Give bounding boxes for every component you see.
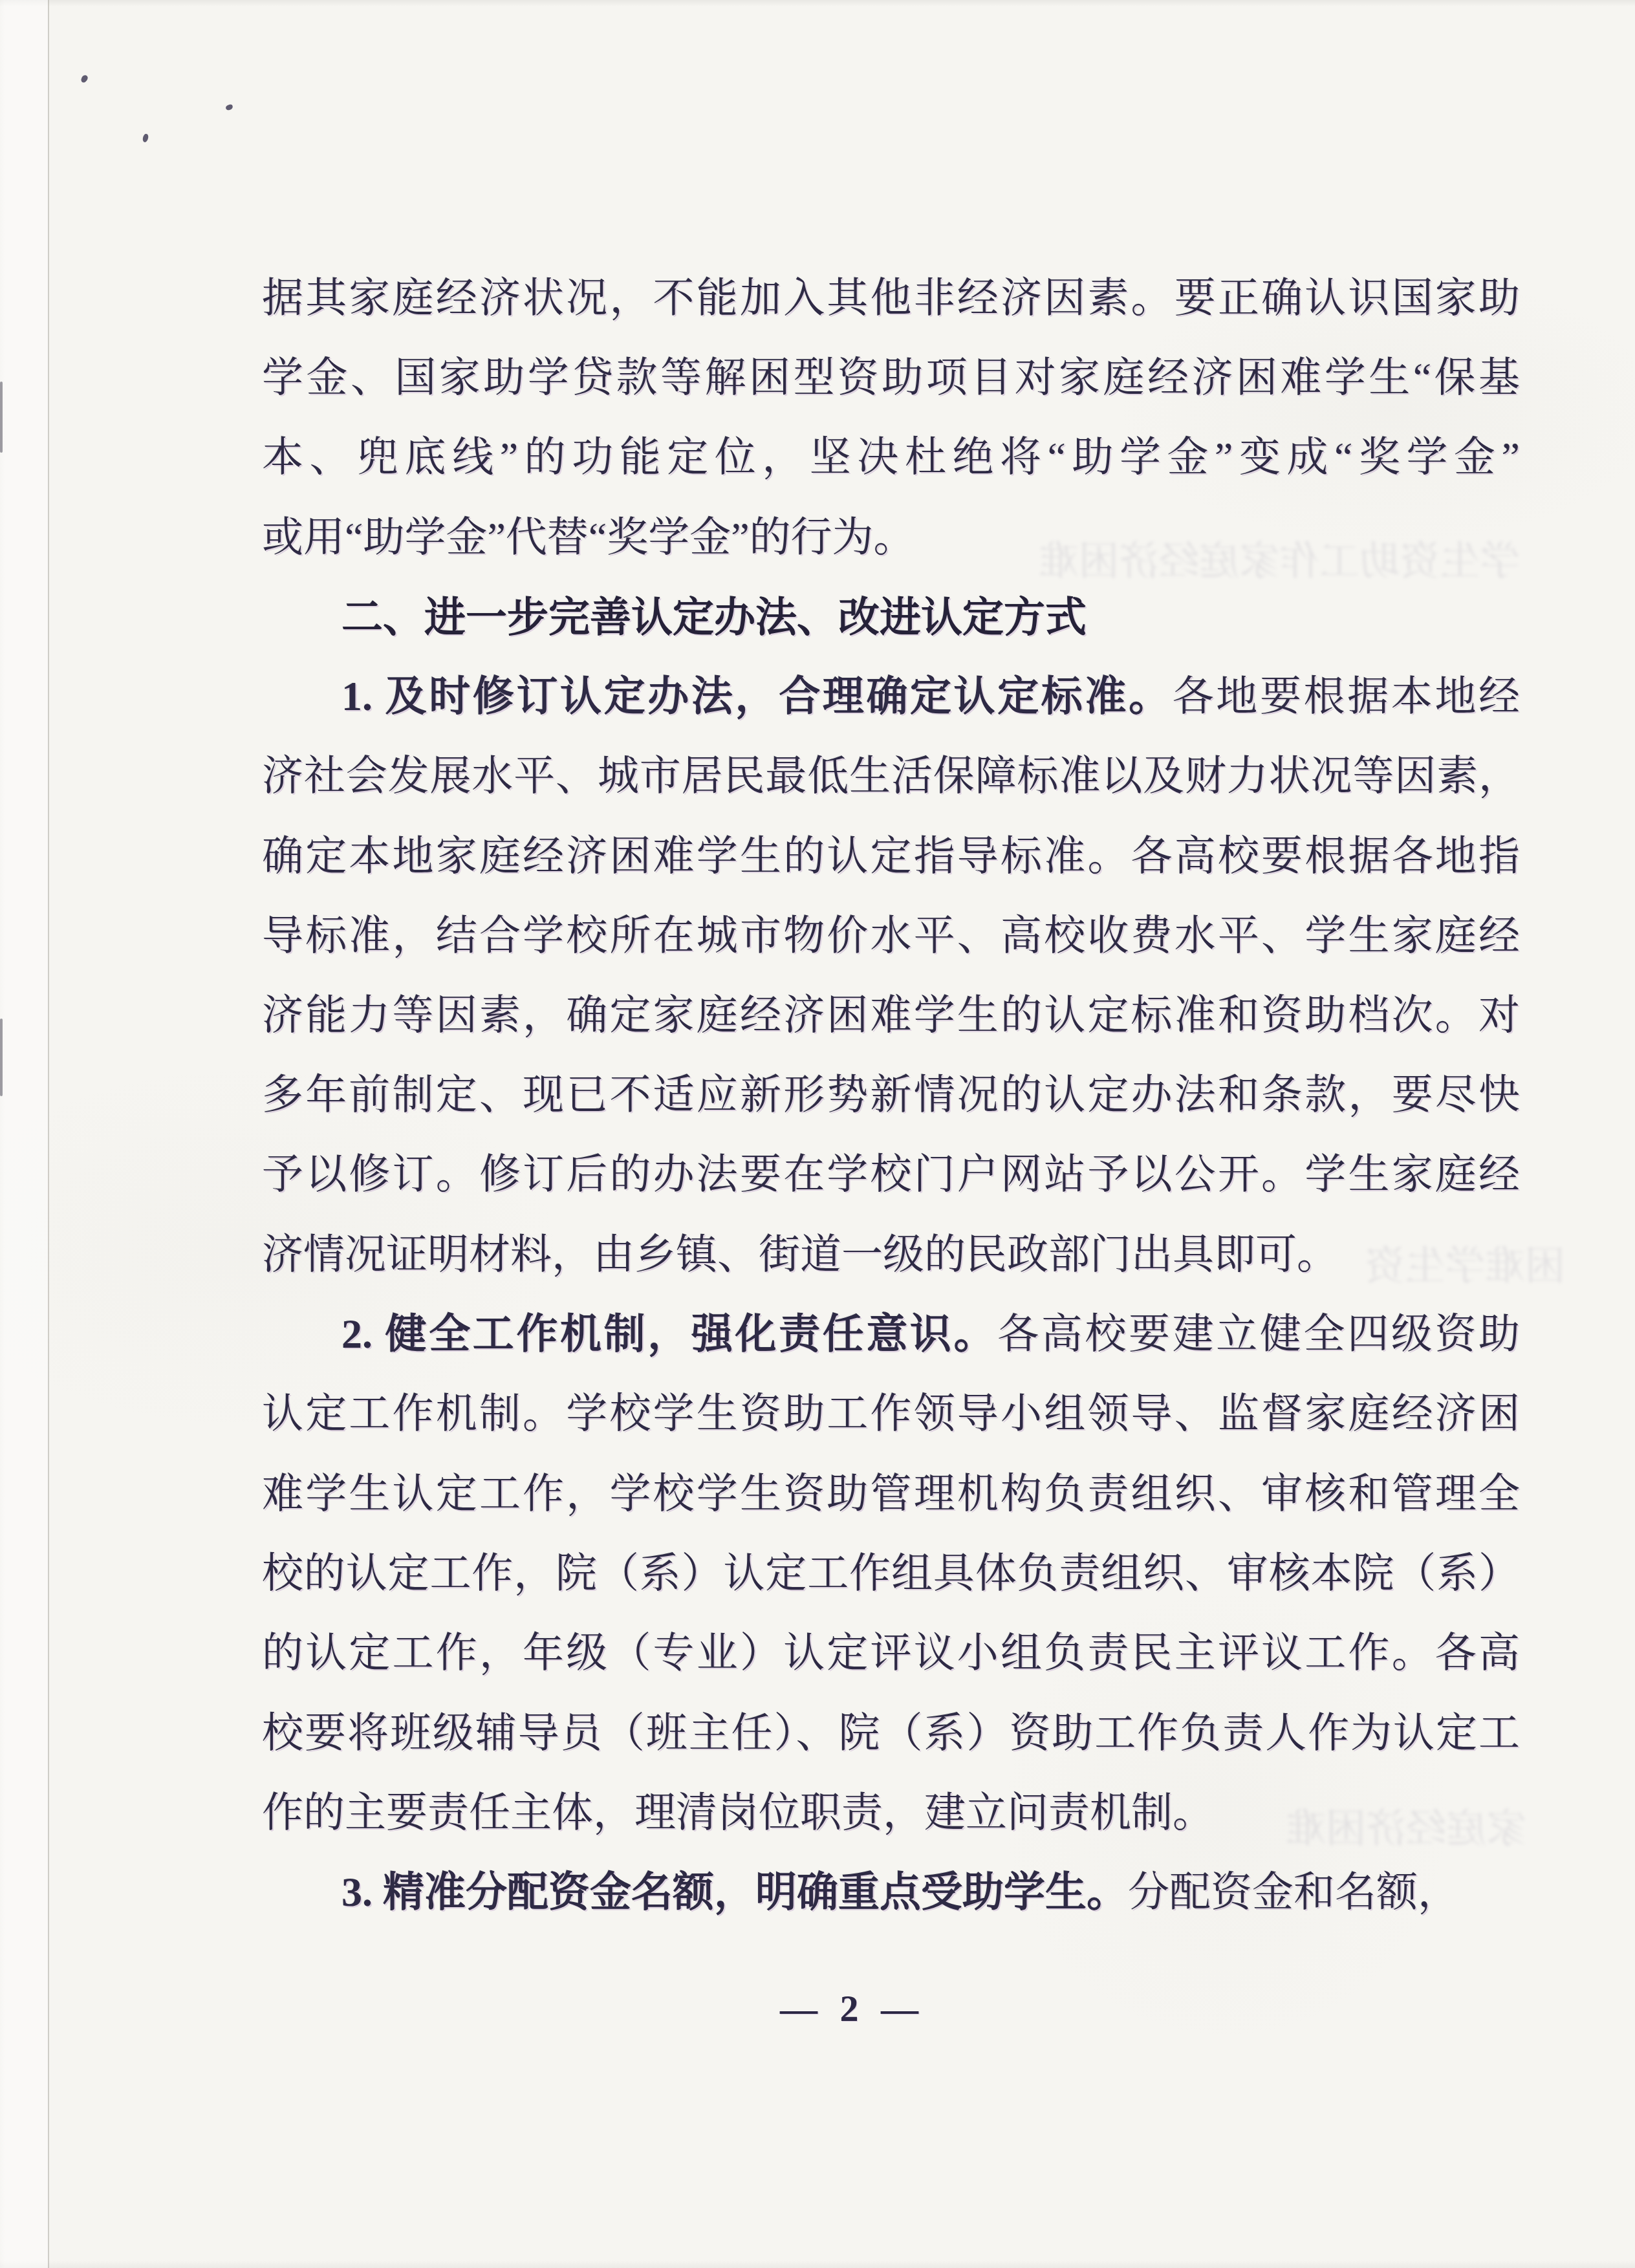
- text-line: 认定工作机制。学校学生资助工作领导小组领导、监督家庭经济困: [262, 1392, 1520, 1436]
- text-line: 据其家庭经济状况，不能加入其他非经济因素。要正确认识国家助: [262, 277, 1520, 321]
- text-line: 1. 及时修订认定办法，合理确定认定标准。各地要根据本地经: [262, 675, 1520, 719]
- text-line: 校的认定工作，院（系）认定工作组具体负责组织、审核本院（系）: [262, 1552, 1520, 1596]
- scan-edge-smudge: [0, 1019, 3, 1096]
- text-line: 济社会发展水平、城市居民最低生活保障标准以及财力状况等因素，: [262, 755, 1520, 799]
- text-line: 难学生认定工作，学校学生资助管理机构负责组织、审核和管理全: [262, 1473, 1520, 1517]
- text-line: 3. 精准分配资金名额，明确重点受助学生。分配资金和名额，: [262, 1871, 1520, 1915]
- scan-edge-line: [48, 0, 49, 2268]
- text-line: 本、兜底线”的功能定位，坚决杜绝将“助学金”变成“奖学金”: [262, 436, 1520, 480]
- text-line: 济能力等因素，确定家庭经济困难学生的认定标准和资助档次。对: [262, 994, 1520, 1038]
- text-line: 确定本地家庭经济困难学生的认定指导标准。各高校要根据各地指: [262, 835, 1520, 879]
- section-heading: 二、进一步完善认定办法、改进认定方式: [262, 596, 1520, 640]
- text-line: 2. 健全工作机制，强化责任意识。各高校要建立健全四级资助: [262, 1313, 1520, 1357]
- ink-speck: [142, 133, 149, 142]
- text-line: 予以修订。修订后的办法要在学校门户网站予以公开。学生家庭经: [262, 1153, 1520, 1197]
- text-line: 校要将班级辅导员（班主任）、院（系）资助工作负责人作为认定工: [262, 1712, 1520, 1756]
- text-line: 作的主要责任主体，理清岗位职责，建立问责机制。: [262, 1791, 1520, 1835]
- text-line: 导标准，结合学校所在城市物价水平、高校收费水平、学生家庭经: [262, 914, 1520, 958]
- scan-edge-margin: [0, 0, 48, 2268]
- ink-speck: [225, 104, 233, 111]
- text-line: 的认定工作，年级（专业）认定评议小组负责民主评议工作。各高: [262, 1632, 1520, 1676]
- scanned-document-page: 学生资助工作家庭经济困难 困难学生资 家庭经济困难 据其家庭经济状况，不能加入其…: [0, 0, 1635, 2268]
- scan-edge-smudge: [0, 382, 3, 453]
- ink-speck: [80, 74, 89, 84]
- page-number: — 2 —: [70, 1987, 1635, 2030]
- text-line: 多年前制定、现已不适应新形势新情况的认定办法和条款，要尽快: [262, 1074, 1520, 1118]
- text-line: 济情况证明材料，由乡镇、街道一级的民政部门出具即可。: [262, 1233, 1520, 1277]
- text-line: 学金、国家助学贷款等解困型资助项目对家庭经济困难学生“保基: [262, 356, 1520, 400]
- text-line: 或用“助学金”代替“奖学金”的行为。: [262, 516, 1520, 560]
